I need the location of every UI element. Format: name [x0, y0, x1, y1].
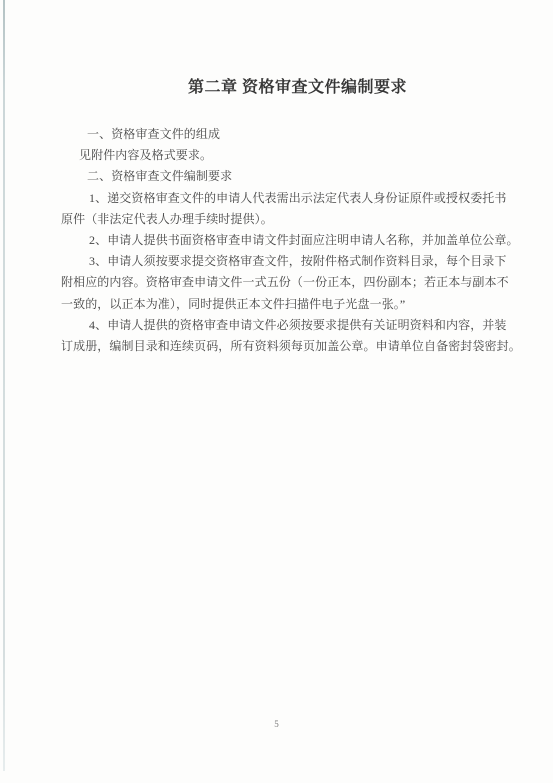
paragraph-4-line-1: 4、申请人提供的资格审查申请文件必须按要求提供有关证明资料和内容，并装: [61, 315, 491, 336]
paragraph-1-line-1: 1、递交资格审查文件的申请人代表需出示法定代表人身份证原件或授权委托书: [61, 188, 491, 209]
text-line: 见附件内容及格式要求。: [61, 145, 491, 166]
section-heading-1: 一、资格审查文件的组成: [61, 124, 491, 145]
paragraph-4-line-2: 订成册，编制目录和连续页码，所有资料须每页加盖公章。申请单位自备密封袋密封。: [61, 336, 491, 357]
section-heading-2: 二、资格审查文件编制要求: [61, 166, 491, 187]
document-page: 第二章 资格审查文件编制要求 一、资格审查文件的组成 见附件内容及格式要求。 二…: [0, 0, 553, 783]
paragraph-3-line-2: 附相应的内容。资格审查申请文件一式五份（一份正本，四份副本；若正本与副本不: [61, 272, 491, 293]
scan-edge-line: [3, 0, 5, 771]
document-body: 一、资格审查文件的组成 见附件内容及格式要求。 二、资格审查文件编制要求 1、递…: [61, 124, 491, 357]
paragraph-3-line-1: 3、申请人须按要求提交资格审查文件，按附件格式制作资料目录，每个目录下: [61, 251, 491, 272]
page-title: 第二章 资格审查文件编制要求: [61, 78, 511, 98]
page-number: 5: [0, 719, 553, 729]
paragraph-3-line-3: 一致的，以正本为准），同时提供正本文件扫描件电子光盘一张。”: [61, 294, 491, 315]
paragraph-1-line-2: 原件（非法定代表人办理手续时提供）。: [61, 209, 491, 230]
paragraph-2-line-1: 2、申请人提供书面资格审查申请文件封面应注明申请人名称，并加盖单位公章。: [61, 230, 491, 251]
